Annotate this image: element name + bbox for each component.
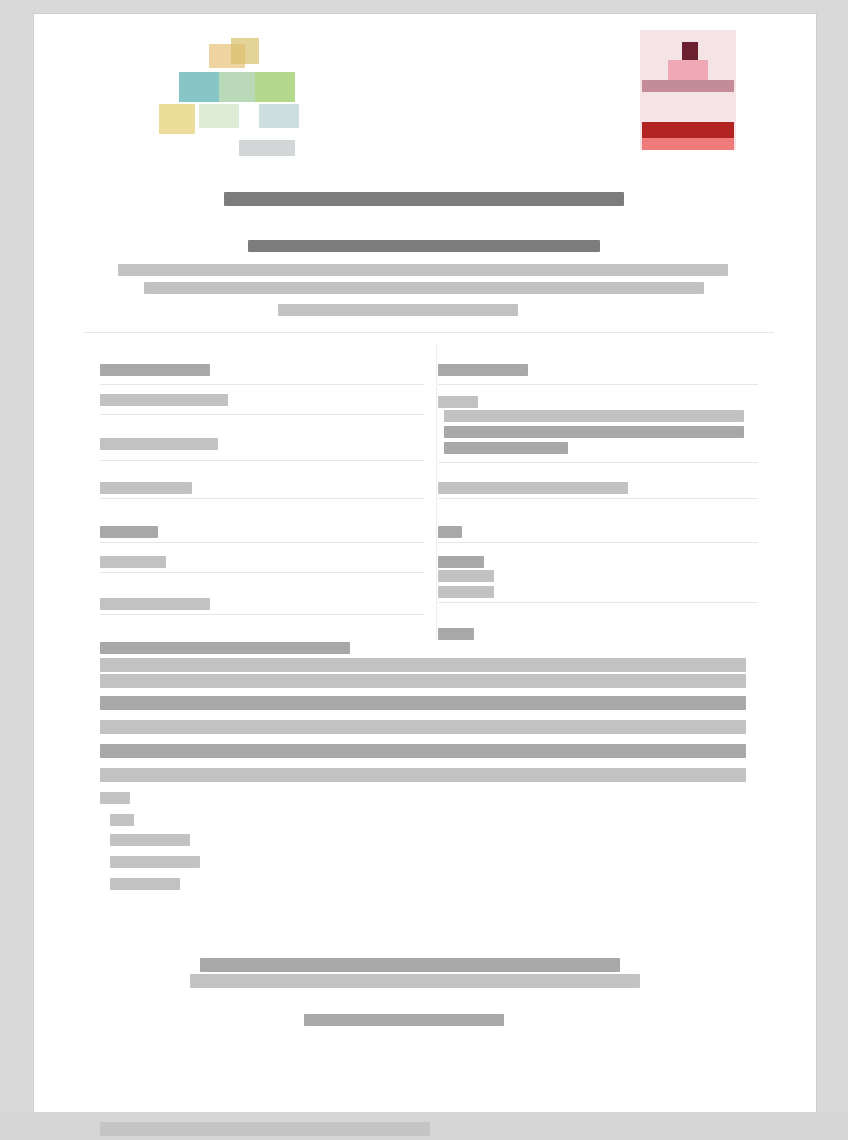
form-value-line [444, 426, 744, 438]
form-value [444, 410, 744, 422]
title-line-1 [224, 192, 624, 206]
form-label [100, 598, 210, 610]
form-label [100, 556, 166, 568]
form-label [438, 628, 474, 640]
red-seal-emblem-icon [632, 22, 744, 162]
form-label [100, 438, 218, 450]
multicolor-logo-icon [139, 28, 339, 168]
subtitle-line-2 [144, 282, 704, 294]
form-label [100, 394, 228, 406]
form-label [438, 556, 484, 568]
form-label [100, 364, 210, 376]
footer-line-2 [190, 974, 640, 988]
form-label [438, 570, 494, 582]
subtitle-line-1 [118, 264, 728, 276]
footer-line-3 [304, 1014, 504, 1026]
list-item [110, 814, 134, 826]
title-line-2 [248, 240, 600, 252]
form-label [438, 396, 478, 408]
document-page [34, 14, 816, 1112]
form-label [438, 526, 462, 538]
form-value-line [444, 442, 568, 454]
list-item [110, 856, 200, 868]
form-label [100, 482, 192, 494]
form-label [438, 586, 494, 598]
section-heading [100, 642, 350, 654]
list-item [110, 878, 180, 890]
list-item [110, 834, 190, 846]
footer-line-1 [200, 958, 620, 972]
list-item [100, 792, 130, 804]
form-label [438, 364, 528, 376]
bottom-strip [0, 1112, 848, 1140]
form-label [438, 482, 628, 494]
subtitle-line-3 [278, 304, 518, 316]
form-label [100, 526, 158, 538]
